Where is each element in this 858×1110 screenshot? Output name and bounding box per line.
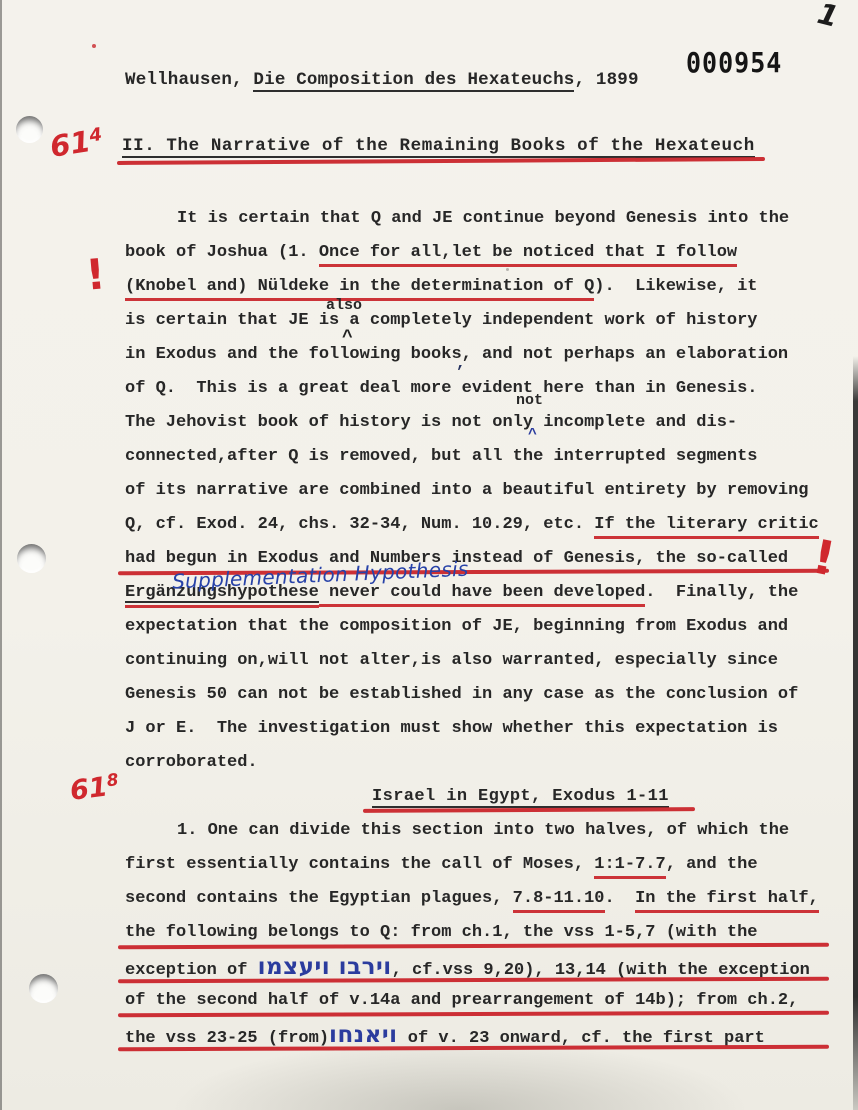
text-segment: Genesis 50 can not be established in any… xyxy=(125,685,798,704)
text-line: the following belongs to Q: from ch.1, t… xyxy=(125,916,817,950)
body-text: It is certain that Q and JE continue bey… xyxy=(125,202,817,1052)
text-line: Israel in Egypt, Exodus 1-11 xyxy=(125,780,817,814)
text-segment: The Jehovist book of history is not only… xyxy=(125,413,737,432)
text-line: J or E. The investigation must show whet… xyxy=(125,712,817,746)
text-segment: never could have been developed xyxy=(319,583,645,607)
inserted-word-not: not xyxy=(516,392,543,409)
hole-punch xyxy=(16,116,43,143)
text-segment: the following belongs to Q: from ch.1, t… xyxy=(125,923,758,942)
text-segment: of its narrative are combined into a bea… xyxy=(125,481,809,500)
text-line: book of Joshua (1. Once for all,let be n… xyxy=(125,236,817,270)
section-title-text: II. The Narrative of the Remaining Books… xyxy=(122,136,755,158)
text-segment: first essentially contains the call of M… xyxy=(125,855,594,874)
text-line: corroborated. xyxy=(125,746,817,780)
text-line: first essentially contains the call of M… xyxy=(125,848,817,882)
text-segment: 1:1-7.7 xyxy=(594,855,665,879)
text-segment: second contains the Egyptian plagues, xyxy=(125,889,513,908)
text-segment: Israel in Egypt, Exodus 1-11 xyxy=(372,787,669,808)
text-line: in Exodus and the following books, and n… xyxy=(125,338,817,372)
text-line: of Q. This is a great deal more evident … xyxy=(125,372,817,406)
exclamation-mark-left: ! xyxy=(84,249,107,299)
text-segment: Once for all,let be noticed that I follo… xyxy=(319,243,737,267)
text-line: expectation that the composition of JE, … xyxy=(125,610,817,644)
text-line: The Jehovist book of history is not only… xyxy=(125,406,817,440)
text-line: of the second half of v.14a and prearran… xyxy=(125,984,817,1018)
text-line: second contains the Egyptian plagues, 7.… xyxy=(125,882,817,916)
ink-speck xyxy=(92,44,96,48)
hole-punch xyxy=(17,544,46,573)
margin-reference-top: 614 xyxy=(48,122,106,164)
header-author: Wellhausen, xyxy=(125,70,253,90)
page-right-edge-shadow xyxy=(853,356,858,1110)
page-left-edge-shadow xyxy=(0,0,2,1110)
inserted-word-also: also xyxy=(326,297,362,314)
hebrew-handwritten-word: וירבו ויעצמו xyxy=(258,954,392,980)
stamp-number: 000954 xyxy=(686,46,782,78)
text-segment: , and the xyxy=(666,855,758,874)
text-segment: exception of xyxy=(125,961,258,980)
hole-punch xyxy=(29,974,58,1003)
text-line: continuing on,will not alter,is also war… xyxy=(125,644,817,678)
document-header: Wellhausen, Die Composition des Hexateuc… xyxy=(125,70,639,90)
text-segment: It is certain that Q and JE continue bey… xyxy=(177,209,789,228)
text-line: exception of וירבו ויעצמו, cf.vss 9,20),… xyxy=(125,950,817,984)
text-line: of its narrative are combined into a bea… xyxy=(125,474,817,508)
text-segment: J or E. The investigation must show whet… xyxy=(125,719,778,738)
hebrew-handwritten-word: ויאנחו xyxy=(329,1022,398,1048)
caret-mark-blue: ^ xyxy=(528,426,537,443)
text-segment: . xyxy=(605,889,636,908)
margin-ref-number: 61 xyxy=(48,124,93,164)
text-line: is certain that JE is a completely indep… xyxy=(125,304,817,338)
text-segment: In the first half, xyxy=(635,889,819,913)
header-book-title: Die Composition des Hexateuchs xyxy=(253,70,574,92)
text-segment: , cf.vss 9,20), 13,14 (with the exceptio… xyxy=(392,961,810,980)
text-segment: the vss 23-25 (from) xyxy=(125,1029,329,1048)
text-line: Q, cf. Exod. 24, chs. 32-34, Num. 10.29,… xyxy=(125,508,817,542)
inserted-comma: , xyxy=(456,354,466,372)
text-line: connected,after Q is removed, but all th… xyxy=(125,440,817,474)
margin-reference-bottom: 618 xyxy=(68,769,121,807)
text-segment: 1. One can divide this section into two … xyxy=(177,821,789,840)
margin-ref-superscript: 4 xyxy=(88,124,104,147)
caret-mark: ^ xyxy=(342,328,353,348)
margin-ref-superscript: 8 xyxy=(106,769,120,790)
handwritten-page-number: 1 xyxy=(814,0,842,34)
header-year: , 1899 xyxy=(574,70,638,90)
text-segment: 7.8-11.10 xyxy=(513,889,605,913)
text-segment: of Q. This is a great deal more evident … xyxy=(125,379,758,398)
text-segment: corroborated. xyxy=(125,753,258,772)
margin-ref-number: 61 xyxy=(68,772,109,807)
scanned-page: 1 000954 Wellhausen, Die Composition des… xyxy=(0,0,858,1110)
text-segment: is certain that JE is a completely indep… xyxy=(125,311,758,330)
text-segment: of v. 23 onward, cf. the first part xyxy=(398,1029,765,1048)
text-segment: of the second half of v.14a and prearran… xyxy=(125,991,798,1010)
text-line: Genesis 50 can not be established in any… xyxy=(125,678,817,712)
text-segment: connected,after Q is removed, but all th… xyxy=(125,447,758,466)
text-line: 1. One can divide this section into two … xyxy=(125,814,817,848)
text-line: (Knobel and) Nüldeke in the determinatio… xyxy=(125,270,817,304)
text-segment: continuing on,will not alter,is also war… xyxy=(125,651,778,670)
text-segment: expectation that the composition of JE, … xyxy=(125,617,788,636)
text-segment: . Finally, the xyxy=(645,583,798,602)
text-line: the vss 23-25 (from)ויאנחו of v. 23 onwa… xyxy=(125,1018,817,1052)
text-segment: ). Likewise, it xyxy=(594,277,757,296)
text-segment: Q, cf. Exod. 24, chs. 32-34, Num. 10.29,… xyxy=(125,515,594,534)
text-line: It is certain that Q and JE continue bey… xyxy=(125,202,817,236)
text-segment: book of Joshua (1. xyxy=(125,243,319,262)
text-segment: If the literary critic xyxy=(594,515,818,539)
section-title: II. The Narrative of the Remaining Books… xyxy=(122,136,755,156)
